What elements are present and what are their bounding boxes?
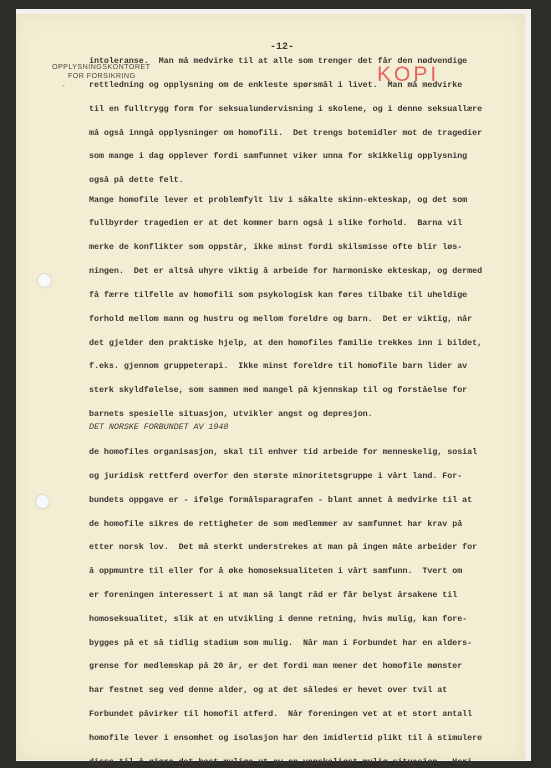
punch-hole-top [38,274,51,287]
text-line: etter norsk lov. Det må sterkt understre… [89,542,477,552]
text-line: det gjelder den praktiske hjelp, at den … [89,338,482,348]
text-line: merke de konflikter som oppstår, ikke mi… [89,242,462,252]
text-line: fullbyrder tragedien er at det kommer ba… [89,218,462,228]
section-heading: DET NORSKE FORBUNDET AV 1948 [89,422,228,432]
text-line: disse til å gjøre det best mulige ut av … [89,757,472,767]
text-line: også på dette felt. [89,175,184,185]
text-line: homofile lever i ensomhet og isolasjon h… [89,733,482,743]
punch-hole-bottom [36,495,49,508]
text-line: homoseksualitet, slik at en utvikling i … [89,614,467,624]
text-line: å oppmuntre til eller for å øke homoseks… [89,566,462,576]
text-line: grense for medlemskap på 20 år, er det f… [89,661,462,671]
text-line: er foreningen interessert i at man så la… [89,590,457,600]
text-line: ningen. Det er altså uhyre viktig å arbe… [89,266,482,276]
text-line: Forbundet påvirker til homofil atferd. N… [89,709,472,719]
text-line: har festnet seg ved denne alder, og at d… [89,685,447,695]
text-line: de homofiles organisasjon, skal til enhv… [89,447,477,457]
text-line: sterk skyldfølelse, som sammen med mange… [89,385,467,395]
text-line: Mange homofile lever et problemfylt liv … [89,195,467,205]
document-page: -12- OPPLYSNINGSKONTORET FOR FORSIKRING … [16,14,525,760]
text-line: f.eks. gjennom gruppeterapi. Ikke minst … [89,361,467,371]
text-line: få færre tilfelle av homofili som psykol… [89,290,467,300]
text-line: barnets spesielle situasjon, utvikler an… [89,409,373,419]
text-line: som mange i dag opplever fordi samfunnet… [89,151,467,161]
text-line: intoleranse. Man må medvirke til at alle… [89,56,467,66]
text-line: bundets oppgave er - ifølge formålsparag… [89,495,472,505]
text-line: de homofile sikres de rettigheter de som… [89,519,462,529]
text-line: bygges på et så tidlig stadium som mulig… [89,638,472,648]
letterhead-line-2: FOR FORSIKRING [52,71,150,80]
text-line: rettledning og opplysning om de enkleste… [89,80,462,90]
margin-mark: - [61,82,66,92]
text-line: og juridisk rettferd overfor den største… [89,471,462,481]
text-line: forhold mellom mann og hustru og mellom … [89,314,472,324]
text-line: må også inngå opplysninger om homofili. … [89,128,482,138]
page-number: -12- [270,42,294,53]
text-line: til en fulltrygg form for seksualundervi… [89,104,482,114]
